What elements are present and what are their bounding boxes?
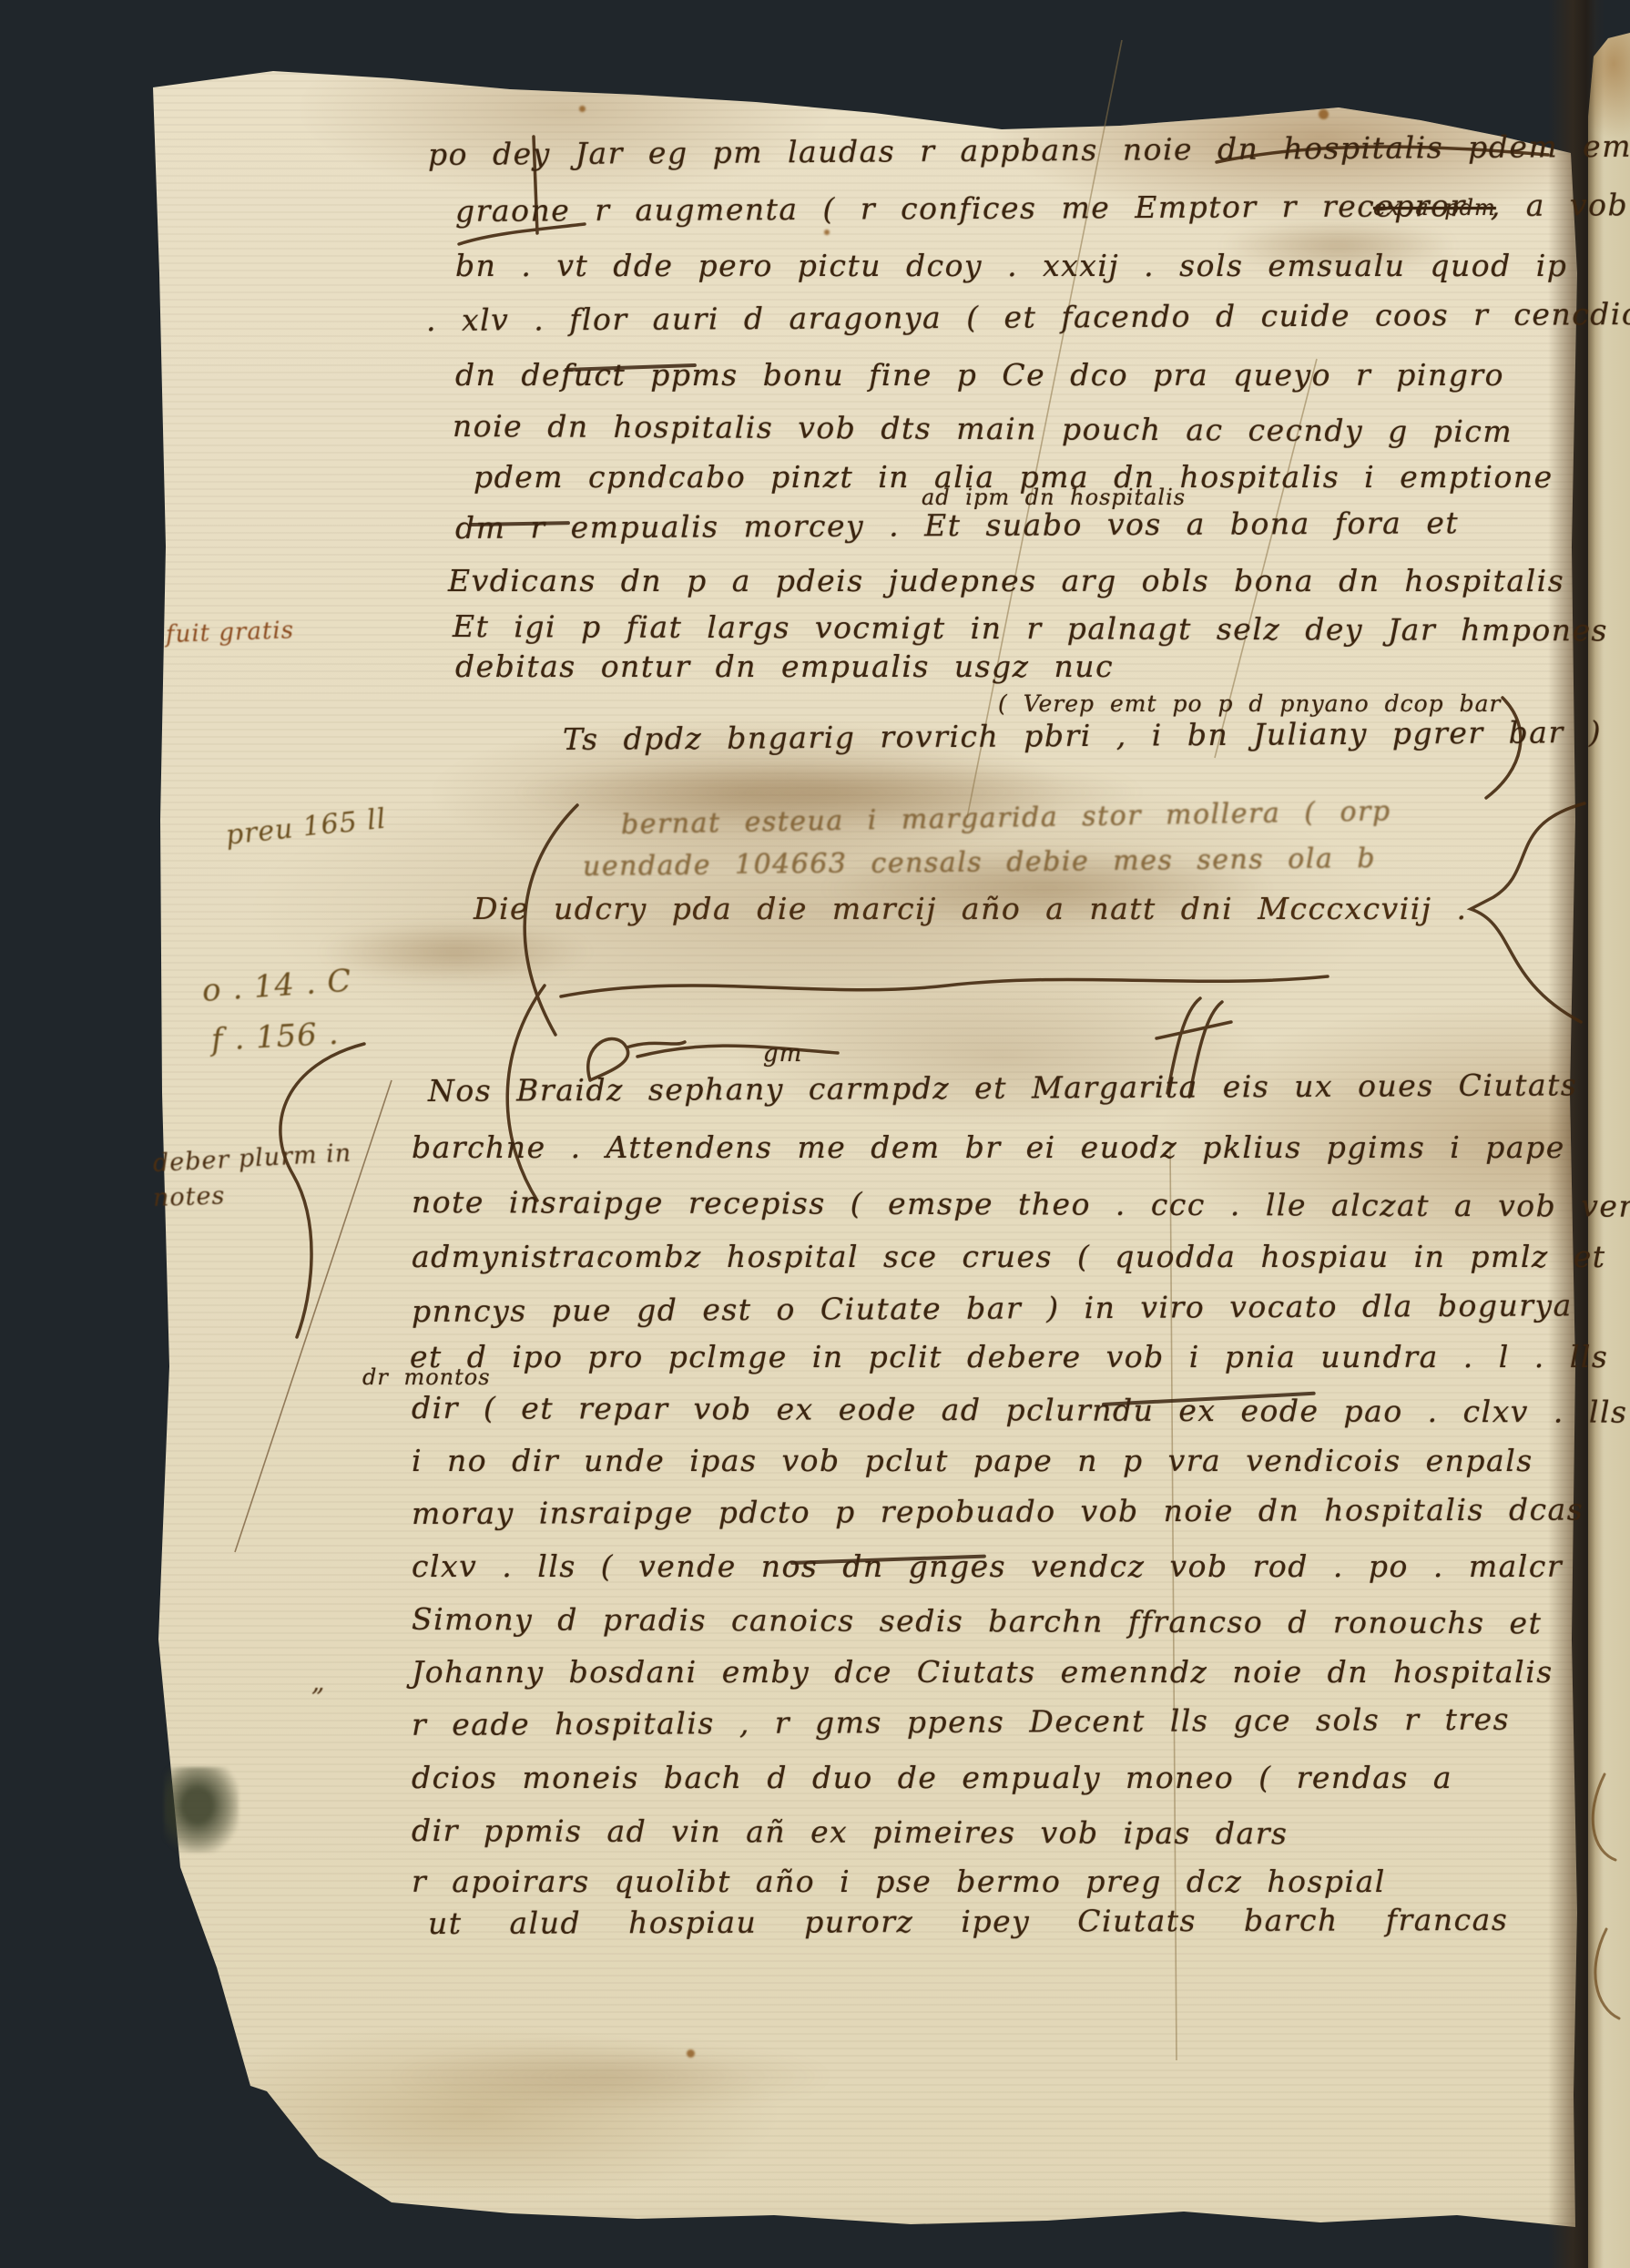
text-line: Simony d pradis canoics sedis barchn ffr… — [412, 1601, 1542, 1640]
marginal-shelfmark-lower: f . 156 . — [210, 1016, 340, 1058]
heading-flourish-letters: gm — [763, 1040, 802, 1068]
marginal-note-debet: notes — [152, 1181, 225, 1212]
text-line: dir ( et repar vob ex eode ad pclurndu e… — [412, 1390, 1628, 1430]
text-line: dm r empualis morcey . Et suabo vos a bo… — [455, 505, 1459, 546]
text-line: admynistracombz hospital sce crues ( quo… — [412, 1239, 1606, 1274]
text-line: dcios moneis bach d duo de empualy moneo… — [412, 1760, 1452, 1795]
text-line: dir ppmis ad vin añ ex pimeires vob ipas… — [412, 1813, 1289, 1851]
text-line: ut alud hospiau purorz ipey Ciutats barc… — [428, 1902, 1508, 1941]
text-line: barchne . Attendens me dem br ei euodz p… — [412, 1129, 1565, 1165]
manuscript-photo: po dey Jar eg pm laudas r appbans noie d… — [0, 0, 1630, 2268]
witness-insertion-above: ( Verep emt po p d pnyano dcop bar — [998, 690, 1501, 717]
marginal-note-gratis: fuit gratis — [165, 617, 294, 649]
ditto-mark: „ — [311, 1667, 326, 1697]
text-line: r eade hospitalis , r gms ppens Decent l… — [412, 1701, 1510, 1742]
text-line: Et igi p fiat largs vocmigt in r palnagt… — [453, 608, 1608, 648]
text-line: clxv . lls ( vende nos dn gnges vendcz v… — [412, 1548, 1563, 1584]
text-line: graone r augmenta ( r confices me Emptor… — [455, 187, 1630, 229]
text-line: moray insraipge pdcto p repobuado vob no… — [412, 1492, 1584, 1531]
text-line: Johanny bosdani emby dce Ciutats emenndz… — [412, 1654, 1554, 1690]
text-line: dn defuct ppms bonu fine p Ce dco pra qu… — [455, 357, 1504, 393]
text-line: note insraipge recepiss ( emspe theo . c… — [412, 1184, 1630, 1224]
text-line: noie dn hospitalis vob dts main pouch ac… — [453, 408, 1513, 449]
text-line: . xlv . flor auri d aragonya ( et facend… — [426, 296, 1630, 338]
text-line: et d ipo pro pclmge in pclit debere vob … — [410, 1339, 1608, 1374]
text-line: r apoirars quolibt año i pse bermo preg … — [412, 1864, 1386, 1899]
text-line: Evdicans dn p a pdeis judepnes arg obls … — [448, 563, 1564, 598]
witness-line: Ts dpdz bngarig rovrich pbri , i bn Juli… — [563, 714, 1602, 757]
text-line: debitas ontur dn empualis usgz nuc — [455, 649, 1114, 684]
text-line: bn . vt dde pero pictu dcoy . xxxij . so… — [455, 248, 1567, 283]
text-line: i no dir unde ipas vob pclut pape n p vr… — [412, 1443, 1533, 1478]
text-line: pnncys pue gd est o Ciutate bar ) in vir… — [412, 1287, 1573, 1329]
date-line: Die udcry pda die marcij año a natt dni … — [474, 891, 1468, 926]
text-line: Nos Braidz sephany carmpdz et Margarita … — [428, 1067, 1578, 1108]
interlinear-addition: dr montos — [362, 1364, 491, 1390]
